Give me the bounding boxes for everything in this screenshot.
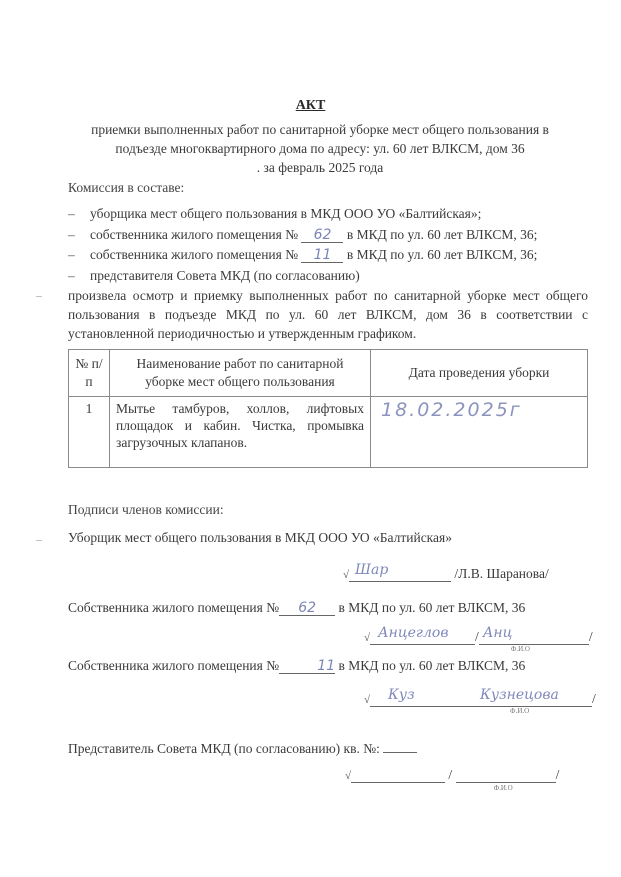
owner-2-apartment-field[interactable]: 11 bbox=[279, 659, 335, 674]
inspection-paragraph: произвела осмотр и приемку выполненных р… bbox=[68, 286, 588, 343]
member-text: уборщика мест общего пользования в МКД О… bbox=[90, 206, 481, 221]
table-row: 1 Мытье тамбуров, холлов, лифтовых площа… bbox=[69, 397, 588, 468]
list-dash: – bbox=[68, 225, 75, 246]
end-slash: / bbox=[592, 691, 596, 706]
owner-2-signature: Куз bbox=[388, 687, 415, 703]
document-subtitle: приемки выполненных работ по санитарной … bbox=[60, 120, 580, 177]
work-description: Мытье тамбуров, холлов, лифтовых площадо… bbox=[116, 400, 364, 451]
council-label: Представитель Совета МКД (по согласовани… bbox=[68, 741, 380, 756]
apartment-number-field[interactable]: 11 bbox=[301, 248, 343, 263]
owner-1-line: Собственника жилого помещения №62 в МКД … bbox=[68, 600, 525, 616]
owner-1-signature-line[interactable]: Анцеглов bbox=[370, 628, 475, 645]
cell-date[interactable]: 18.02.2025г bbox=[371, 397, 588, 468]
owner-1-name-signature: Анц bbox=[483, 625, 513, 641]
owner-2-line: Собственника жилого помещения №11 в МКД … bbox=[68, 658, 525, 674]
council-signature-line[interactable] bbox=[351, 766, 445, 783]
owner-2-signature-block: √КузКузнецоваФ.И.О/ bbox=[364, 690, 596, 707]
owner-1-apartment-field[interactable]: 62 bbox=[279, 601, 335, 616]
member-council: – представителя Совета МКД (по согласова… bbox=[68, 266, 608, 287]
member-cleaner: – уборщика мест общего пользования в МКД… bbox=[68, 204, 608, 225]
owner-1-prefix: Собственника жилого помещения № bbox=[68, 600, 279, 615]
owner-1-signature: Анцеглов bbox=[378, 625, 448, 641]
header-date: Дата проведения уборки bbox=[371, 350, 588, 397]
council-signature-block: √ / Ф.И.О/ bbox=[345, 766, 559, 783]
cell-name: Мытье тамбуров, холлов, лифтовых площадо… bbox=[110, 397, 371, 468]
owner-2-name-signature: Кузнецова bbox=[480, 687, 559, 703]
document-title: АКТ bbox=[0, 98, 621, 114]
member-prefix: собственника жилого помещения № bbox=[90, 247, 298, 262]
cleaner-name: /Л.В. Шаранова/ bbox=[454, 566, 548, 581]
subtitle-line-3: . за февраль 2025 года bbox=[60, 158, 580, 177]
owner-2-suffix: в МКД по ул. 60 лет ВЛКСМ, 36 bbox=[339, 658, 526, 673]
council-line: Представитель Совета МКД (по согласовани… bbox=[68, 738, 417, 757]
list-dash: – bbox=[68, 204, 75, 225]
commission-members-list: – уборщика мест общего пользования в МКД… bbox=[68, 204, 608, 286]
subtitle-line-2: подъезде многоквартирного дома по адресу… bbox=[60, 139, 580, 158]
margin-mark: – bbox=[36, 288, 42, 303]
commission-label: Комиссия в составе: bbox=[68, 180, 184, 196]
owner-2-prefix: Собственника жилого помещения № bbox=[68, 658, 279, 673]
cell-num: 1 bbox=[69, 397, 110, 468]
apartment-number-handwritten: 62 bbox=[314, 227, 332, 243]
member-owner-1: – собственника жилого помещения № 62 в М… bbox=[68, 225, 608, 246]
cleaner-signature: Шар bbox=[355, 562, 388, 578]
margin-mark: – bbox=[36, 532, 42, 547]
fio-label: Ф.И.О bbox=[511, 645, 530, 653]
fio-label: Ф.И.О bbox=[510, 707, 529, 715]
owner-2-signature-line[interactable]: КузКузнецоваФ.И.О bbox=[370, 690, 592, 707]
apartment-number-field[interactable]: 62 bbox=[301, 228, 343, 243]
owner-1-apartment: 62 bbox=[298, 600, 316, 616]
table-header-row: № п/п Наименование работ по санитарной у… bbox=[69, 350, 588, 397]
works-table: № п/п Наименование работ по санитарной у… bbox=[68, 349, 588, 468]
separator: / bbox=[448, 767, 452, 782]
council-apartment-field[interactable] bbox=[383, 738, 417, 753]
member-prefix: собственника жилого помещения № bbox=[90, 227, 298, 242]
owner-1-signature-block: √Анцеглов/АнцФ.И.О/ bbox=[364, 628, 593, 645]
date-handwritten: 18.02.2025г bbox=[377, 402, 581, 419]
cleaner-signature-block: √Шар /Л.В. Шаранова/ bbox=[343, 565, 549, 582]
member-text: представителя Совета МКД (по согласовани… bbox=[90, 268, 360, 283]
owner-1-suffix: в МКД по ул. 60 лет ВЛКСМ, 36 bbox=[339, 600, 526, 615]
member-suffix: в МКД по ул. 60 лет ВЛКСМ, 36; bbox=[347, 227, 538, 242]
subtitle-line-1: приемки выполненных работ по санитарной … bbox=[60, 120, 580, 139]
list-dash: – bbox=[68, 245, 75, 266]
cleaner-label: Уборщик мест общего пользования в МКД ОО… bbox=[68, 530, 452, 546]
owner-1-name-line[interactable]: АнцФ.И.О bbox=[479, 628, 589, 645]
member-owner-2: – собственника жилого помещения № 11 в М… bbox=[68, 245, 608, 266]
cleaner-signature-line[interactable]: Шар bbox=[349, 565, 451, 582]
end-slash: / bbox=[589, 629, 593, 644]
signatures-label: Подписи членов комиссии: bbox=[68, 502, 224, 518]
header-name: Наименование работ по санитарной уборке … bbox=[110, 350, 371, 397]
header-num: № п/п bbox=[69, 350, 110, 397]
fio-label: Ф.И.О bbox=[494, 784, 513, 792]
owner-2-apartment: 11 bbox=[317, 658, 335, 674]
apartment-number-handwritten: 11 bbox=[314, 247, 332, 263]
council-name-line[interactable]: Ф.И.О bbox=[456, 766, 556, 783]
list-dash: – bbox=[68, 266, 75, 287]
member-suffix: в МКД по ул. 60 лет ВЛКСМ, 36; bbox=[347, 247, 538, 262]
end-slash: / bbox=[556, 767, 560, 782]
